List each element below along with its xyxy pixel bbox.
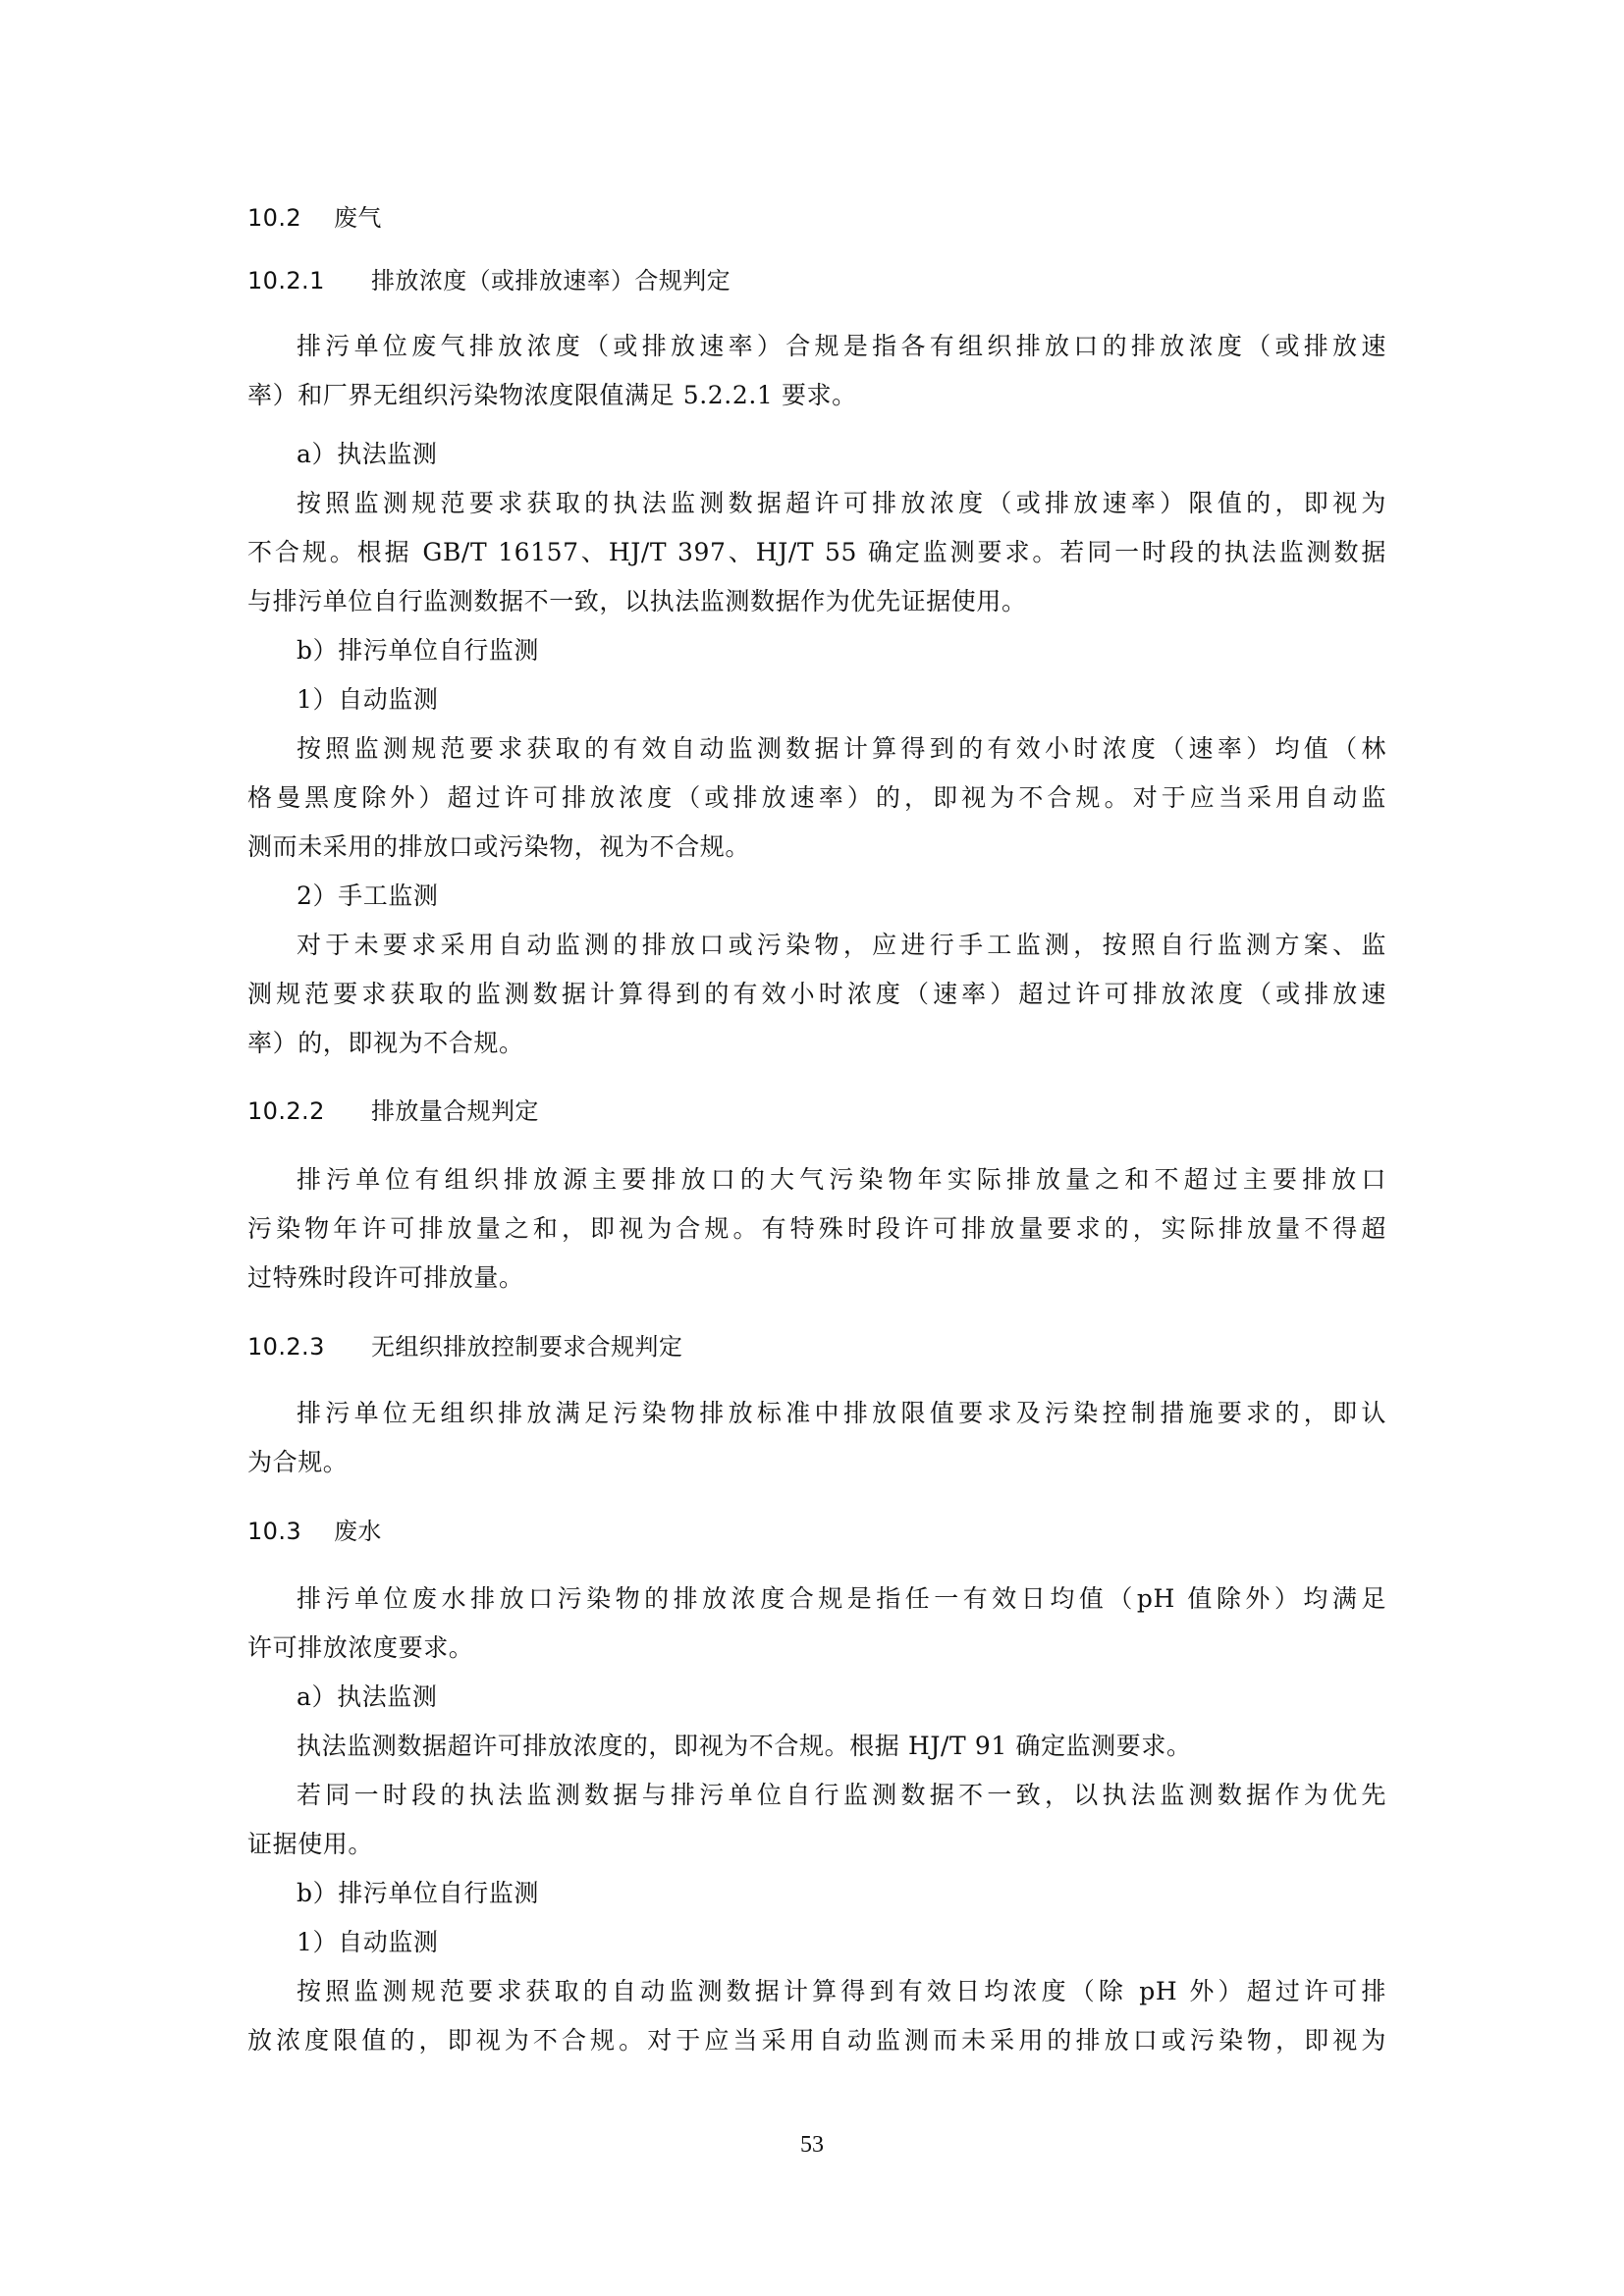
paragraph-line: 按照监测规范要求获取的执法监测数据超许可排放浓度（或排放速率）限值的，即视为 (297, 488, 1386, 519)
section-number: 10.2.2 (247, 1095, 363, 1127)
section-title: 无组织排放控制要求合规判定 (371, 1333, 682, 1361)
list-item-label: b）排污单位自行监测 (297, 1878, 1435, 1909)
paragraph-line: 与排污单位自行监测数据不一致，以执法监测数据作为优先证据使用。 (247, 586, 1386, 617)
paragraph-line: 按照监测规范要求获取的有效自动监测数据计算得到的有效小时浓度（速率）均值（林 (297, 733, 1386, 765)
section-heading-10-3: 10.3 废水 (247, 1516, 1386, 1547)
list-item-label: 1）自动监测 (297, 684, 1435, 716)
list-item-label: 1）自动监测 (297, 1927, 1435, 1958)
paragraph-line: 为合规。 (247, 1447, 1386, 1478)
section-number: 10.2 (247, 202, 326, 234)
section-heading-10-2-2: 10.2.2 排放量合规判定 (247, 1095, 1386, 1127)
paragraph-line: 排污单位废气排放浓度（或排放速率）合规是指各有组织排放口的排放浓度（或排放速 (297, 331, 1386, 362)
paragraph-line: 率）和厂界无组织污染物浓度限值满足 5.2.2.1 要求。 (247, 380, 1386, 411)
section-title: 废气 (334, 204, 382, 232)
section-number: 10.2.1 (247, 265, 363, 296)
paragraph-line: 证据使用。 (247, 1829, 1386, 1860)
document-page: 10.2 废气 10.2.1 排放浓度（或排放速率）合规判定 排污单位废气排放浓… (0, 0, 1624, 2296)
section-title: 排放浓度（或排放速率）合规判定 (371, 267, 731, 294)
section-heading-10-2-1: 10.2.1 排放浓度（或排放速率）合规判定 (247, 265, 1386, 296)
section-heading-10-2-3: 10.2.3 无组织排放控制要求合规判定 (247, 1331, 1386, 1362)
list-item-label: 2）手工监测 (297, 881, 1435, 912)
section-number: 10.2.3 (247, 1331, 363, 1362)
paragraph-line: 执法监测数据超许可排放浓度的，即视为不合规。根据 HJ/T 91 确定监测要求。 (297, 1731, 1435, 1762)
list-item-label: b）排污单位自行监测 (297, 635, 1435, 667)
paragraph-line: 按照监测规范要求获取的自动监测数据计算得到有效日均浓度（除 pH 外）超过许可排 (297, 1976, 1386, 2007)
paragraph-line: 率）的，即视为不合规。 (247, 1028, 1386, 1059)
paragraph-line: 放浓度限值的，即视为不合规。对于应当采用自动监测而未采用的排放口或污染物，即视为 (247, 2025, 1386, 2056)
paragraph-line: 对于未要求采用自动监测的排放口或污染物，应进行手工监测，按照自行监测方案、监 (297, 930, 1386, 961)
paragraph-line: 排污单位有组织排放源主要排放口的大气污染物年实际排放量之和不超过主要排放口 (297, 1164, 1386, 1196)
paragraph-line: 测规范要求获取的监测数据计算得到的有效小时浓度（速率）超过许可排放浓度（或排放速 (247, 979, 1386, 1010)
page-number: 53 (0, 2132, 1624, 2159)
paragraph-line: 过特殊时段许可排放量。 (247, 1262, 1386, 1294)
paragraph-line: 排污单位废水排放口污染物的排放浓度合规是指任一有效日均值（pH 值除外）均满足 (297, 1583, 1386, 1615)
section-number: 10.3 (247, 1516, 326, 1547)
section-title: 废水 (334, 1518, 382, 1545)
paragraph-line: 污染物年许可排放量之和，即视为合规。有特殊时段许可排放量要求的，实际排放量不得超 (247, 1213, 1386, 1245)
paragraph-line: 测而未采用的排放口或污染物，视为不合规。 (247, 831, 1386, 863)
paragraph-line: 若同一时段的执法监测数据与排污单位自行监测数据不一致，以执法监测数据作为优先 (297, 1780, 1386, 1811)
list-item-label: a）执法监测 (297, 439, 1435, 470)
section-heading-10-2: 10.2 废气 (247, 202, 1386, 234)
section-title: 排放量合规判定 (371, 1097, 539, 1125)
paragraph-line: 许可排放浓度要求。 (247, 1632, 1386, 1664)
paragraph-line: 格曼黑度除外）超过许可排放浓度（或排放速率）的，即视为不合规。对于应当采用自动监 (247, 782, 1386, 814)
list-item-label: a）执法监测 (297, 1682, 1435, 1713)
paragraph-line: 不合规。根据 GB/T 16157、HJ/T 397、HJ/T 55 确定监测要… (247, 537, 1386, 568)
paragraph-line: 排污单位无组织排放满足污染物排放标准中排放限值要求及污染控制措施要求的，即认 (297, 1398, 1386, 1429)
